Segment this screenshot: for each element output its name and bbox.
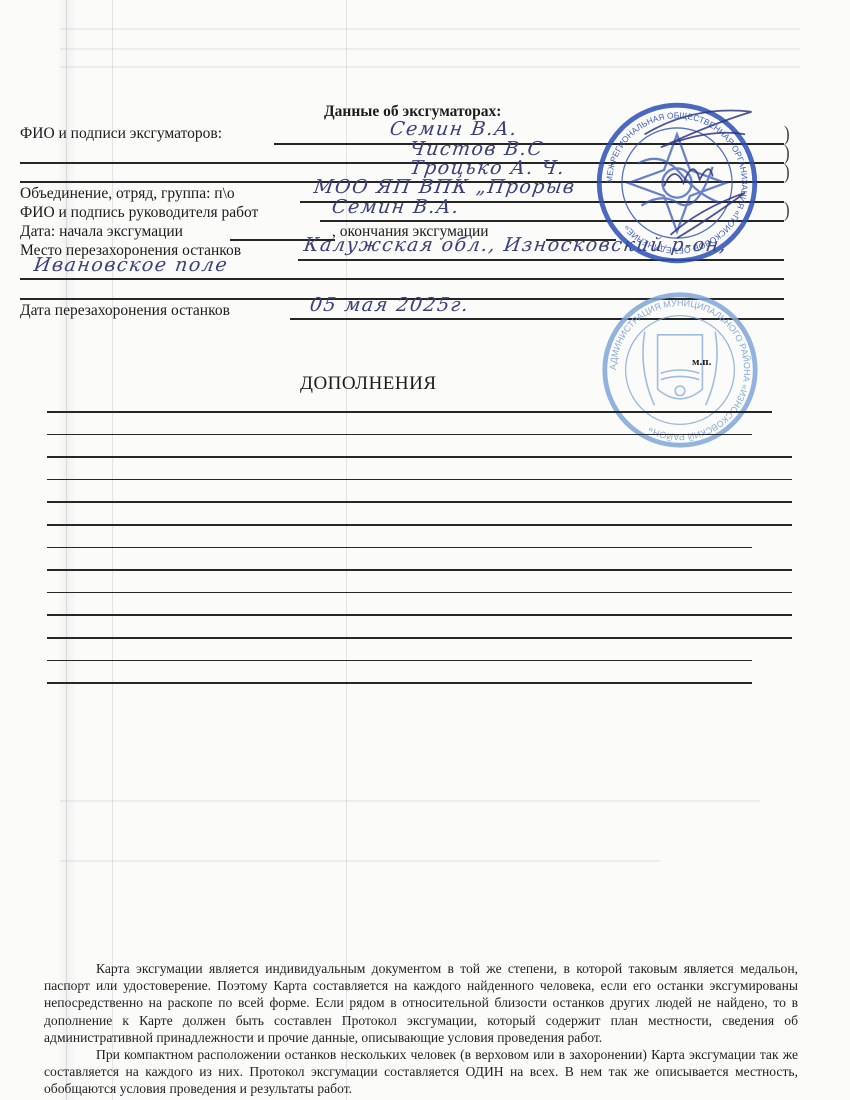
scan-artifact [112,0,113,1100]
additions-line[interactable] [47,479,792,481]
additions-line[interactable] [47,524,792,526]
start-date-label: Дата: начала эксгумации [20,223,183,241]
exhumer-name-1[interactable]: Семин В.А. [388,118,519,140]
signature-bracket: ) [784,198,790,223]
scan-artifact [60,800,760,802]
additions-line[interactable] [47,501,792,503]
additions-line[interactable] [47,682,752,684]
additions-line[interactable] [47,592,792,594]
notes: Карта эксгумации является индивидуальным… [44,960,798,1098]
seal-place-label: м.п. [692,356,711,368]
signature-bracket: ) [784,160,790,185]
scan-artifact [60,48,800,50]
association-label: Объединение, отряд, группа: п\о [20,185,235,203]
scan-artifact [346,0,347,1100]
reburial-date-value[interactable]: 05 мая 2025г. [308,294,471,316]
note-paragraph-1: Карта эксгумации является индивидуальным… [44,960,798,1046]
additions-line[interactable] [47,614,792,616]
note-paragraph-2: При компактном расположении останков нес… [44,1046,798,1098]
association-value[interactable]: МОО ЯП ВПК „Прорыв [312,176,577,198]
additions-line[interactable] [47,660,752,662]
exhumers-label: ФИО и подписи эксгуматоров: [20,125,222,143]
leader-value[interactable]: Семин В.А. [330,196,461,218]
additions-title: ДОПОЛНЕНИЯ [300,373,437,395]
scan-artifact [60,66,800,68]
additions-line[interactable] [47,411,772,413]
additions-line[interactable] [47,637,792,639]
scan-artifact [66,0,67,1100]
scan-artifact [60,860,660,862]
additions-line[interactable] [47,547,752,549]
leader-label: ФИО и подпись руководителя работ [20,204,258,222]
additions-line[interactable] [47,434,752,436]
additions-line[interactable] [47,456,792,458]
organization-stamp: МЕЖРЕГИОНАЛЬНАЯ ОБЩЕСТВЕННАЯ ОРГАНИЗАЦИЯ… [596,102,758,264]
scan-artifact [60,28,800,30]
scan-artifact [58,0,76,1100]
additions-line[interactable] [47,569,792,571]
reburial-place-line-2 [20,278,784,280]
administration-stamp: АДМИНИСТРАЦИЯ МУНИЦИПАЛЬНОГО РАЙОНА «ИЗН… [600,290,760,450]
reburial-date-label: Дата перезахоронения останков [20,302,230,320]
reburial-place-value-2[interactable]: Ивановское поле [32,254,229,276]
